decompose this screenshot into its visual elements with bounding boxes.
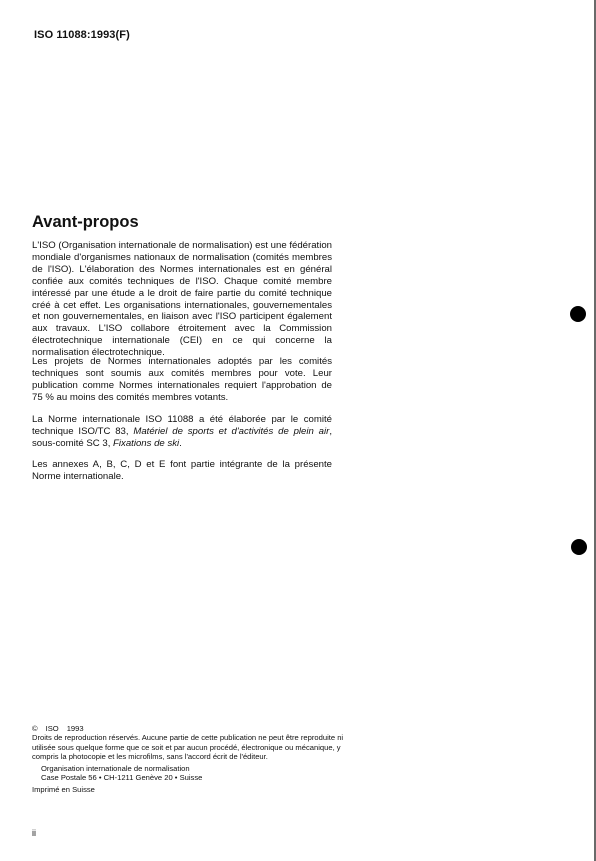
printed-in: Imprimé en Suisse [32, 785, 362, 794]
foreword-paragraph-3: La Norme internationale ISO 11088 a été … [32, 414, 332, 450]
address-line-1: Organisation internationale de normalisa… [32, 764, 362, 773]
p3-text-3: . [179, 438, 182, 449]
page-number: ii [32, 828, 36, 838]
foreword-paragraph-1: L'ISO (Organisation internationale de no… [32, 240, 332, 359]
subcommittee-title: Fixations de ski [113, 438, 179, 449]
punch-hole-icon [571, 539, 587, 555]
copyright-org: ISO [46, 724, 59, 733]
copyright-line: ©ISO1993 [32, 724, 362, 733]
copyright-block: ©ISO1993 Droits de reproduction réservés… [32, 724, 362, 795]
document-page: ISO 11088:1993(F) Avant-propos L'ISO (Or… [0, 0, 596, 861]
copyright-year: 1993 [67, 724, 84, 733]
rights-notice: Droits de reproduction réservés. Aucune … [32, 733, 362, 761]
punch-hole-icon [570, 306, 586, 322]
copyright-icon: © [32, 724, 38, 733]
foreword-paragraph-2: Les projets de Normes internationales ad… [32, 356, 332, 404]
document-id: ISO 11088:1993(F) [34, 29, 130, 41]
foreword-paragraph-4: Les annexes A, B, C, D et E font partie … [32, 459, 332, 483]
address-line-2: Case Postale 56 • CH-1211 Genève 20 • Su… [32, 773, 362, 782]
committee-title: Matériel de sports et d'activités de ple… [133, 426, 329, 437]
section-title: Avant-propos [32, 213, 139, 232]
